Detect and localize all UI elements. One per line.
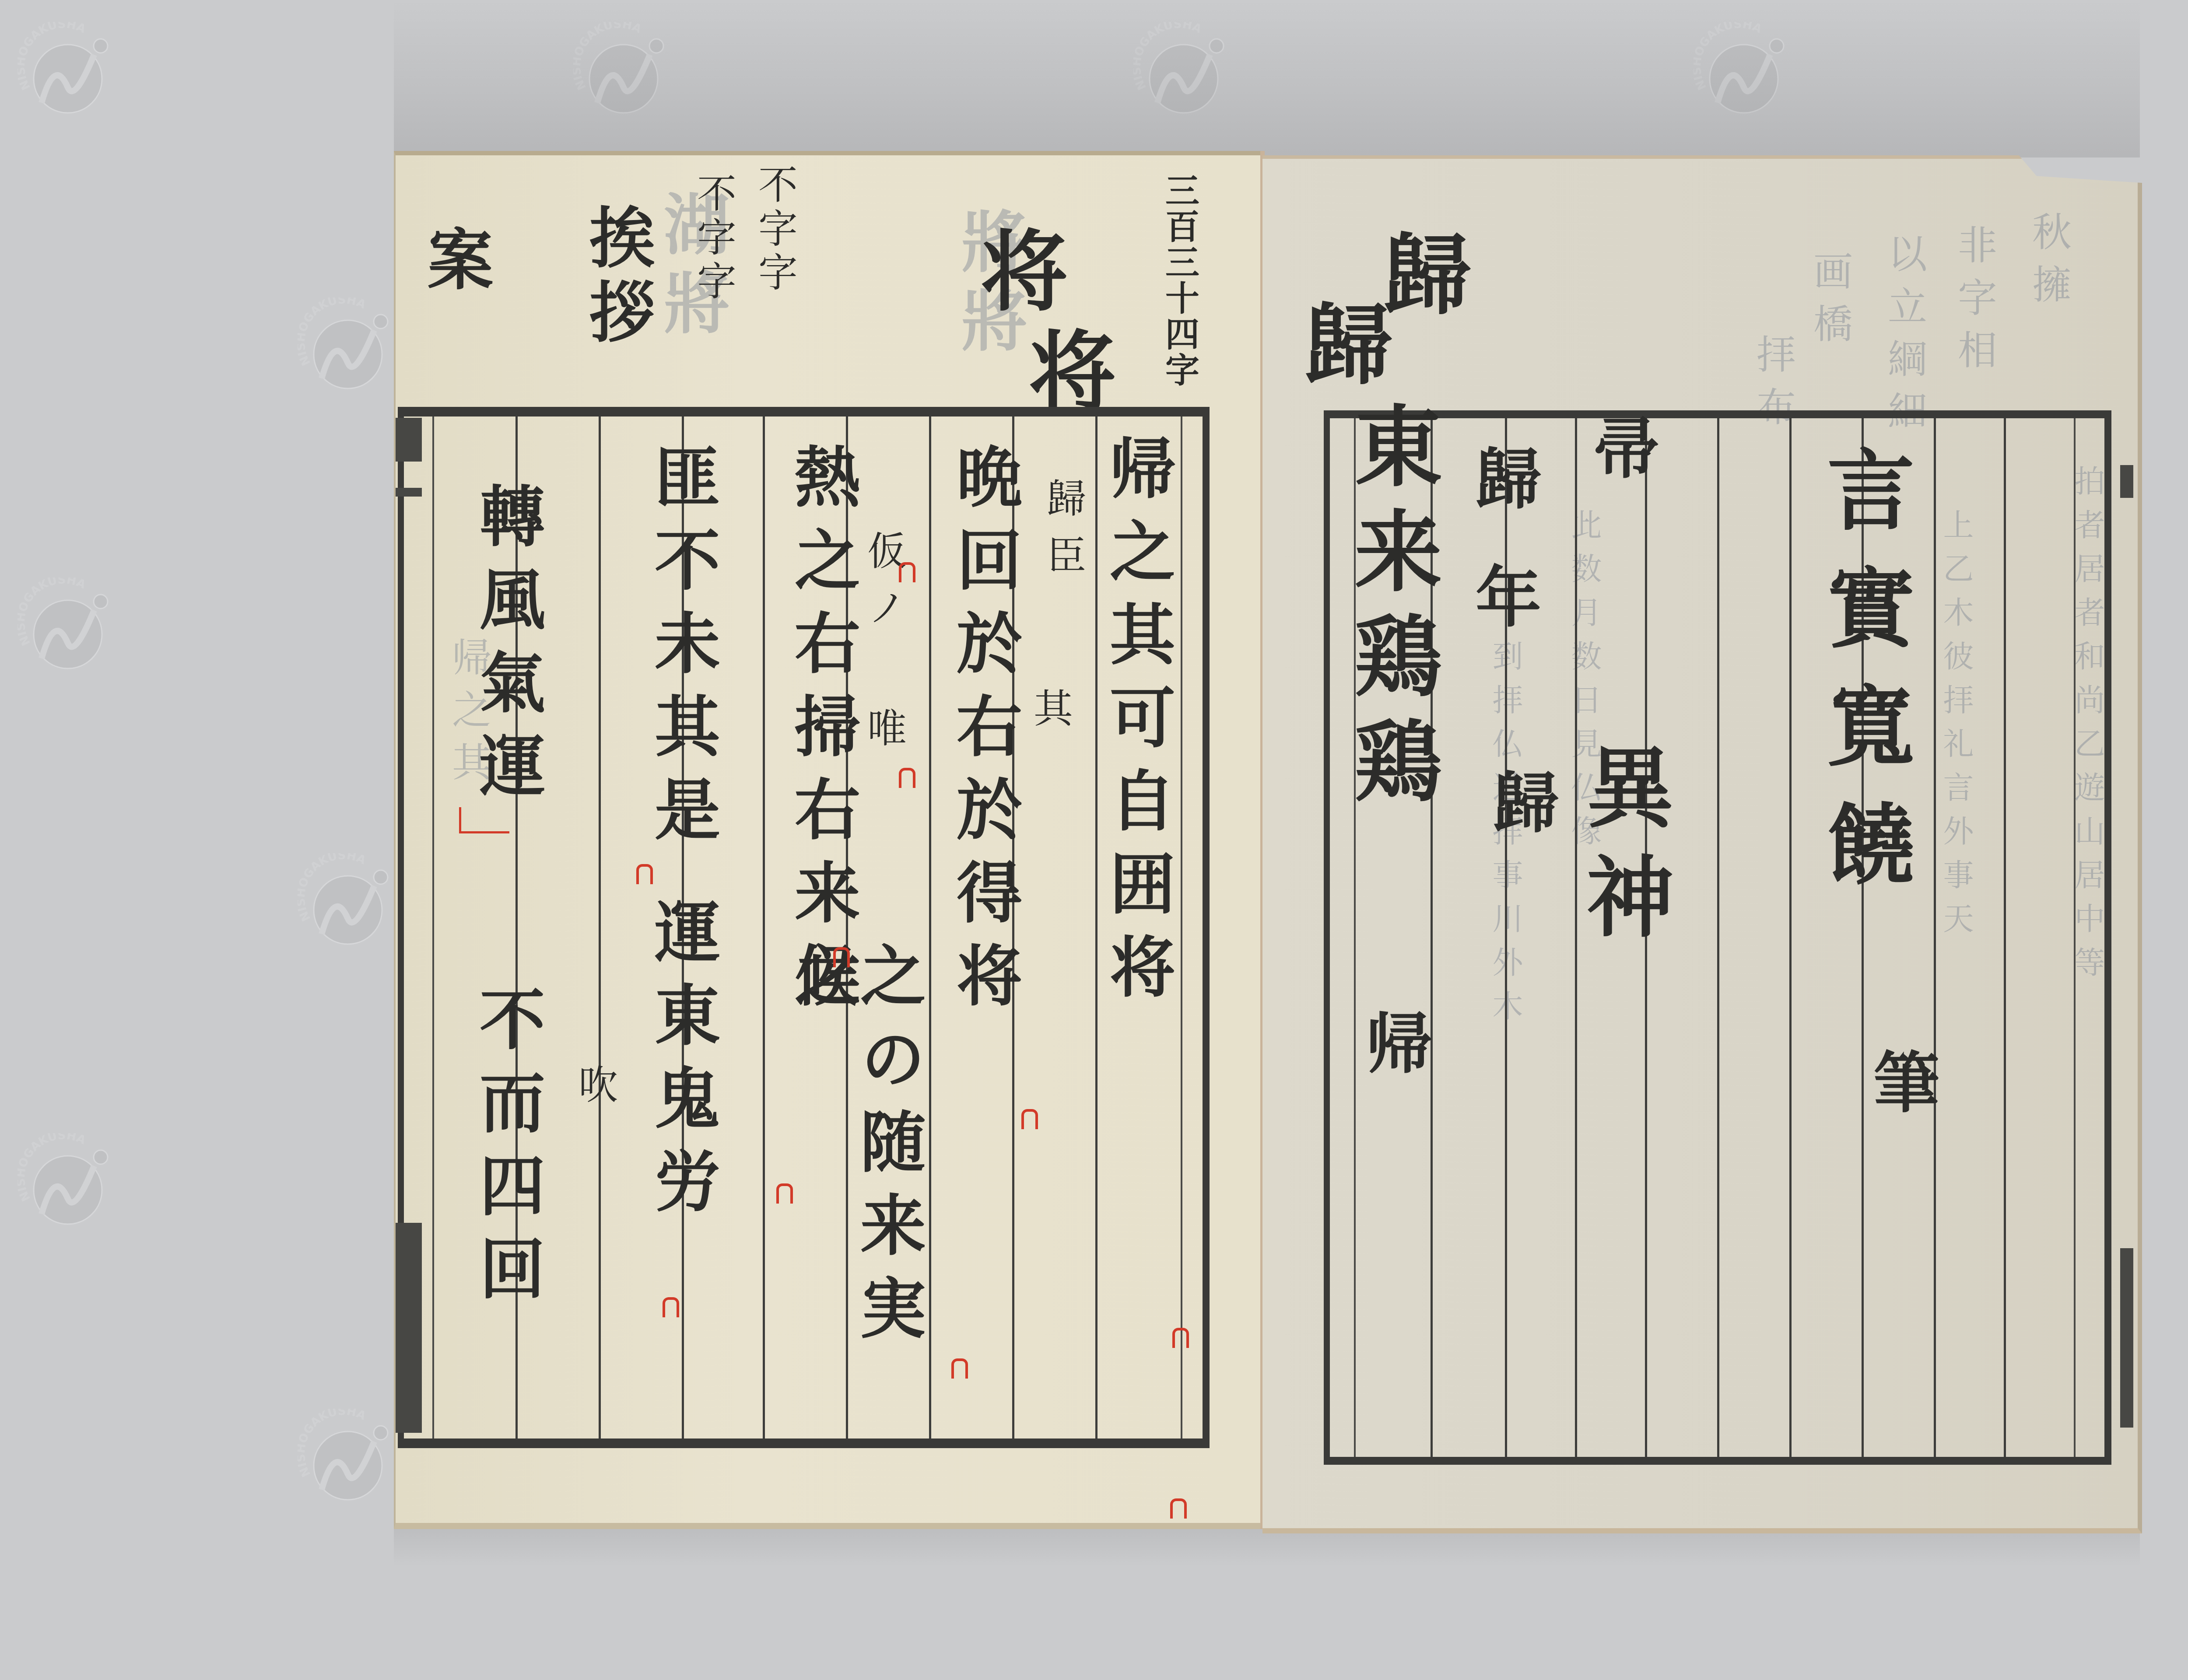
svg-text:NISHOGAKUSHA: NISHOGAKUSHA (298, 853, 368, 923)
nishogakusha-logo-icon: NISHOGAKUSHA (298, 297, 398, 398)
text-column: 帚 (1588, 414, 1654, 497)
text-column: 帰之其可自囲将 (1104, 434, 1170, 1016)
show-through-text: 画橋 (1809, 251, 1849, 356)
nishogakusha-logo-icon: NISHOGAKUSHA (298, 853, 398, 954)
red-annotation-mark (663, 1297, 679, 1317)
text-column: 異神 (1579, 742, 1667, 961)
text-column: 不而四回 (474, 985, 540, 1318)
red-annotation-mark (899, 562, 915, 582)
header-char: 不字字 (693, 173, 733, 304)
column-rule (1789, 418, 1792, 1457)
text-column: 運東鬼労 (649, 898, 715, 1230)
ruled-frame: 言實寬饒 筆 帚 歸年 歸 東来鶏鶏 異神 帰 (1324, 410, 2111, 1465)
header-char: 案 (422, 225, 487, 308)
column-rule (1181, 416, 1182, 1438)
column-rule (1095, 416, 1098, 1438)
red-bracket-mark (459, 807, 509, 833)
text-column: 轉風氣運 (474, 482, 540, 815)
column-rule (1717, 418, 1719, 1457)
svg-text:NISHOGAKUSHA: NISHOGAKUSHA (18, 577, 88, 647)
red-annotation-mark (951, 1358, 968, 1379)
column-rule (1934, 418, 1936, 1457)
annotation: 仮ノ 唯 (863, 530, 903, 764)
column-rule (432, 416, 434, 1438)
fold-mark (396, 418, 422, 462)
svg-text:NISHOGAKUSHA: NISHOGAKUSHA (298, 297, 368, 367)
column-rule (2004, 418, 2006, 1457)
ruled-frame: 帰之其可自囲将 歸臣 晩回於右於得将 其 熱之右掃右来之 仮ノ 唯 之の随来実候… (398, 407, 1210, 1448)
text-column: 之の随来実候 (789, 941, 920, 1438)
left-page: 湖將 將將 帰之其 三百三十四字 将 将 不字字 不字字 挨拶 案 帰之其可自囲… (394, 151, 1262, 1529)
red-annotation-mark (1021, 1109, 1038, 1129)
fold-mark (2120, 1248, 2133, 1428)
column-rule (599, 416, 601, 1438)
svg-text:NISHOGAKUSHA: NISHOGAKUSHA (298, 1409, 368, 1479)
annotation: 吹 (575, 1064, 614, 1121)
text-column: 帰 (1360, 1009, 1426, 1092)
red-annotation-mark (899, 768, 915, 788)
right-page: 秋擁 非字相 以立綱細 画橋 拝布 拍者居者和尚乙遊山居中等 上乙木彼拝礼言外事… (1262, 155, 2142, 1533)
svg-text:NISHOGAKUSHA: NISHOGAKUSHA (18, 22, 88, 92)
red-annotation-mark (776, 1183, 793, 1204)
character-count-label: 三百三十四字 (1155, 173, 1204, 388)
red-annotation-mark (1172, 1328, 1189, 1348)
show-through-text: 非字相 (1954, 224, 1993, 382)
text-column: 匪不未其是 (649, 443, 715, 858)
show-through-text: 秋擁 (2028, 211, 2068, 316)
text-column: 熱之右掃右来之 (789, 443, 855, 1025)
text-column: 言實寬饒 (1820, 444, 1907, 917)
header-char: 将 (973, 225, 1061, 339)
column-rule (929, 416, 931, 1438)
nishogakusha-logo-icon: NISHOGAKUSHA (18, 577, 118, 678)
column-rule (763, 416, 765, 1438)
red-annotation-mark (1170, 1498, 1187, 1519)
nishogakusha-logo-icon: NISHOGAKUSHA (18, 1133, 118, 1234)
svg-text:NISHOGAKUSHA: NISHOGAKUSHA (18, 1133, 88, 1203)
nishogakusha-logo-icon: NISHOGAKUSHA (298, 1409, 398, 1509)
red-annotation-mark (636, 864, 653, 884)
nishogakusha-logo-icon: NISHOGAKUSHA (18, 22, 118, 122)
red-annotation-mark (833, 947, 850, 967)
fold-mark (396, 1223, 422, 1433)
column-rule (2074, 418, 2076, 1457)
header-char: 挨拶 (584, 203, 649, 352)
annotation: 歸 (1487, 768, 1553, 851)
text-column: 東来鶏鶏 (1347, 401, 1435, 821)
text-column: 晩回於右於得将 (951, 443, 1017, 1025)
annotation: 歸臣 (1043, 478, 1082, 591)
book-top-shadow (394, 0, 2140, 157)
annotation: 筆 (1868, 1048, 1934, 1131)
text-column: 歸年 (1470, 444, 1536, 681)
fold-mark (396, 488, 422, 497)
header-char: 歸 (1297, 299, 1385, 404)
annotation: 其 (1030, 688, 1069, 745)
header-char: 不字字 (754, 164, 794, 295)
fold-mark (2120, 465, 2133, 498)
